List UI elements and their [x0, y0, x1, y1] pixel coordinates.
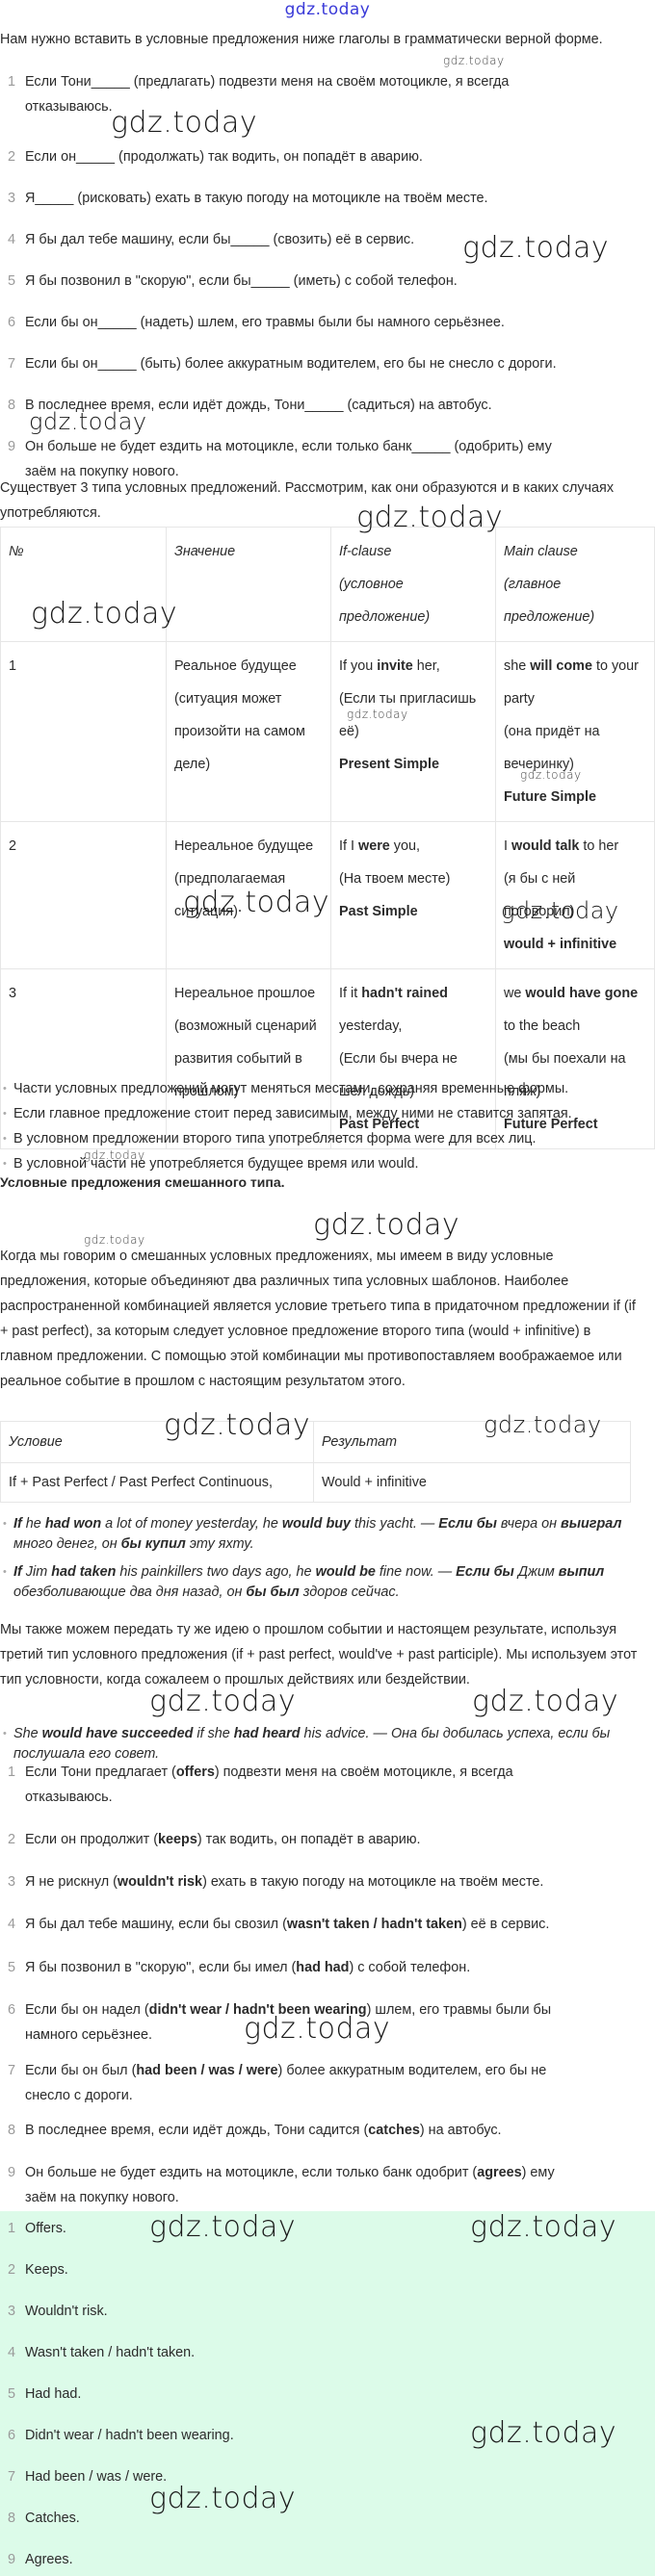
mixed-examples-list: If he had won a lot of money yesterday, … — [0, 1514, 650, 1610]
solution-item: 8В последнее время, если идёт дождь, Тон… — [8, 2118, 643, 2143]
solution-item: 3Я не рискнул (wouldn't risk) ехать в та… — [8, 1869, 643, 1894]
cell-main-clause: I would talk to her(я бы с ней поговорил… — [496, 822, 655, 969]
mixed-heading: Условные предложения смешанного типа. — [0, 1174, 285, 1190]
rule-item: В условном предложении второго типа упот… — [0, 1126, 650, 1151]
table-row: If + Past Perfect / Past Perfect Continu… — [1, 1463, 631, 1503]
answer-text: Wouldn't risk. — [25, 2304, 108, 2319]
example-text: this yacht. — — [351, 1516, 438, 1532]
table-header-row: № Значение If-clause (условное предложен… — [1, 528, 655, 642]
list-item: 1Если Тони_____ (предлагать) подвезти ме… — [8, 69, 643, 119]
solution-item: 4Я бы дал тебе машину, если бы свозил (w… — [8, 1912, 643, 1937]
example-bold: If — [13, 1564, 22, 1580]
item-number: 7 — [8, 351, 21, 376]
list-item: 3Я_____ (рисковать) ехать в такую погоду… — [8, 186, 643, 211]
item-number: 3 — [8, 2302, 21, 2321]
answer-item: 6Didn't wear / hadn't been wearing. — [8, 2426, 234, 2445]
example-bold: If — [13, 1516, 22, 1532]
example-bold: выпил — [559, 1564, 605, 1580]
types-intro-text: Существует 3 типа условных предложений. … — [0, 476, 647, 526]
solution-text-continued: отказываюсь. — [8, 1785, 643, 1810]
if-example: If you invite her, — [339, 650, 487, 683]
solution-answer: catches — [368, 2123, 420, 2138]
solution-answer: didn't wear / hadn't been wearing — [149, 2002, 367, 2018]
mixed-paragraph: Когда мы говорим о смешанных условных пр… — [0, 1244, 647, 1394]
solution-text: Если бы он был ( — [25, 2063, 136, 2078]
example-bold: Если бы — [438, 1516, 497, 1532]
if-verb: invite — [377, 658, 413, 674]
answer-text: Had been / was / were. — [25, 2469, 167, 2485]
item-text: В последнее время, если идёт дождь, Тони… — [25, 398, 492, 413]
solution-answer: wasn't taken / hadn't taken — [287, 1917, 462, 1932]
mixed-table-header-row: Условие Результат — [1, 1422, 631, 1463]
cell-if-clause: If I were you,(На твоем месте)Past Simpl… — [331, 822, 496, 969]
table-row: 1Реальное будущее(ситуация может произой… — [1, 642, 655, 822]
example-text: She — [13, 1726, 42, 1741]
meaning-line: Нереальное будущее — [174, 830, 323, 863]
answer-text: Wasn't taken / hadn't taken. — [25, 2345, 195, 2360]
solution-text: В последнее время, если идёт дождь, Тони… — [25, 2123, 368, 2138]
answer-item: 9Agrees. — [8, 2550, 73, 2569]
solution-item: 2Если он продолжит (keeps) так водить, о… — [8, 1827, 643, 1852]
item-number: 3 — [8, 186, 21, 211]
solution-text-continued: снесло с дороги. — [8, 2083, 643, 2108]
if-tense: Past Simple — [339, 895, 487, 928]
solution-text: ) шлем, его травмы были бы — [367, 2002, 551, 2018]
list-item: 8В последнее время, если идёт дождь, Тон… — [8, 393, 643, 418]
answer-text: Keeps. — [25, 2262, 68, 2278]
solution-item: 6Если бы он надел (didn't wear / hadn't … — [8, 1997, 643, 2048]
table-row: 2Нереальное будущее(предполагаемая ситуа… — [1, 822, 655, 969]
example-item: If he had won a lot of money yesterday, … — [0, 1514, 650, 1555]
answer-item: 1Offers. — [8, 2219, 66, 2238]
solution-text: Я бы дал тебе машину, если бы свозил ( — [25, 1917, 287, 1932]
header-main-clause-title: Main clause — [504, 535, 646, 568]
example-bold: Если бы — [456, 1564, 514, 1580]
if-example: If I were you, — [339, 830, 487, 863]
example-text: his painkillers two days ago, he — [116, 1564, 315, 1580]
solution-answer: had been / was / were — [136, 2063, 277, 2078]
item-text-continued: отказываюсь. — [8, 94, 643, 119]
mixed-table: Условие Результат If + Past Perfect / Pa… — [0, 1421, 631, 1503]
main-tense: Future Simple — [504, 781, 646, 813]
if-example: If it hadn't rained yesterday, — [339, 977, 487, 1043]
list-item: 2Если он_____ (продолжать) так водить, о… — [8, 144, 643, 169]
item-number: 6 — [8, 310, 21, 335]
example-text: Джим — [514, 1564, 559, 1580]
example-text: эту яхту. — [186, 1536, 254, 1552]
answer-item: 7Had been / was / were. — [8, 2467, 167, 2486]
item-text: Он больше не будет ездить на мотоцикле, … — [25, 439, 552, 454]
answer-text: Agrees. — [25, 2552, 73, 2567]
item-number: 3 — [8, 1869, 21, 1894]
header-if-clause-sub1: (условное — [339, 568, 487, 601]
header-if-clause-title: If-clause — [339, 535, 487, 568]
item-number: 1 — [8, 69, 21, 94]
answer-text: Catches. — [25, 2511, 80, 2526]
example-text: вчера он — [497, 1516, 561, 1532]
item-number: 6 — [8, 2426, 21, 2445]
solution-text: ) подвезти меня на своём мотоцикле, я вс… — [215, 1765, 513, 1780]
example-bold: бы был — [246, 1584, 299, 1600]
main-verb: will come — [530, 658, 592, 674]
solution-item: 1Если Тони предлагает (offers) подвезти … — [8, 1760, 643, 1810]
answer-item: 8Catches. — [8, 2509, 80, 2528]
item-number: 5 — [8, 2384, 21, 2404]
solution-text: Он больше не будет ездить на мотоцикле, … — [25, 2165, 477, 2180]
item-number: 4 — [8, 1912, 21, 1937]
solution-text: ) ему — [522, 2165, 555, 2180]
header-main-clause-sub1: (главное — [504, 568, 646, 601]
answer-item: 2Keeps. — [8, 2260, 68, 2280]
example-item: If Jim had taken his painkillers two day… — [0, 1562, 650, 1603]
solution-text: ) более аккуратным водителем, его бы не — [278, 2063, 547, 2078]
item-number: 5 — [8, 269, 21, 294]
item-number: 9 — [8, 434, 21, 459]
item-number: 2 — [8, 144, 21, 169]
rule-item: Если главное предложение стоит перед зав… — [0, 1101, 650, 1126]
example-bold: would be — [316, 1564, 376, 1580]
example-bold: бы купил — [121, 1536, 186, 1552]
solution-text: ) на автобус. — [420, 2123, 502, 2138]
solution-text-continued: заём на покупку нового. — [8, 2185, 643, 2210]
answers-block: 1Offers.2Keeps.3Wouldn't risk.4Wasn't ta… — [0, 2211, 655, 2576]
intro-text: Нам нужно вставить в условные предложени… — [0, 27, 647, 52]
meaning-line: Нереальное прошлое — [174, 977, 323, 1010]
cell-num: 1 — [1, 642, 167, 822]
example-text: Jim — [22, 1564, 51, 1580]
example-bold: would have succeeded — [42, 1726, 194, 1741]
item-number: 9 — [8, 2550, 21, 2569]
main-verb: would talk — [511, 838, 579, 854]
mixed-header-condition: Условие — [1, 1422, 314, 1463]
header-meaning: Значение — [167, 528, 331, 642]
header-if-clause-sub2: предложение) — [339, 601, 487, 633]
header-num: № — [1, 528, 167, 642]
rules-list: Части условных предложений могут менятьс… — [0, 1076, 650, 1176]
solution-text: Если Тони предлагает ( — [25, 1765, 176, 1780]
header-main-clause-sub2: предложение) — [504, 601, 646, 633]
solution-answer: had had — [296, 1960, 349, 1975]
cell-if-clause: If you invite her,(Если ты пригласишь её… — [331, 642, 496, 822]
rule-item: Части условных предложений могут менятьс… — [0, 1076, 650, 1101]
item-text: Я_____ (рисковать) ехать в такую погоду … — [25, 191, 488, 206]
example-text: здоров сейчас. — [300, 1584, 400, 1600]
main-example: she will come to your party — [504, 650, 646, 715]
cell-main-clause: she will come to your party(она придёт н… — [496, 642, 655, 822]
solution-item: 7Если бы он был (had been / was / were) … — [8, 2058, 643, 2108]
item-number: 1 — [8, 1760, 21, 1785]
item-number: 5 — [8, 1955, 21, 1980]
solution-text: Я не рискнул ( — [25, 1874, 118, 1890]
item-number: 9 — [8, 2160, 21, 2185]
list-item: 6Если бы он_____ (надеть) шлем, его трав… — [8, 310, 643, 335]
item-text: Если Тони_____ (предлагать) подвезти мен… — [25, 74, 509, 90]
if-tense: Present Simple — [339, 748, 487, 781]
if-translation: (Если ты пригласишь её) — [339, 683, 487, 748]
rule-item: В условной части не употребляется будуще… — [0, 1151, 650, 1176]
answer-text: Had had. — [25, 2386, 81, 2402]
item-number: 2 — [8, 2260, 21, 2280]
main-verb: would have gone — [525, 986, 638, 1001]
main-example: we would have gone to the beach — [504, 977, 646, 1043]
solution-text: Если он продолжит ( — [25, 1832, 158, 1847]
item-number: 8 — [8, 393, 21, 418]
main-translation: (я бы с ней поговорил) — [504, 863, 646, 928]
example-bold: had heard — [234, 1726, 301, 1741]
main-example: I would talk to her — [504, 830, 646, 863]
item-number: 1 — [8, 2219, 21, 2238]
item-number: 8 — [8, 2509, 21, 2528]
answer-text: Offers. — [25, 2221, 66, 2236]
example-text: if she — [193, 1726, 233, 1741]
solution-text: Я бы позвонил в "скорую", если бы имел ( — [25, 1960, 296, 1975]
mixed-cell-condition: If + Past Perfect / Past Perfect Continu… — [1, 1463, 314, 1503]
main-translation: (она придёт на вечеринку) — [504, 715, 646, 781]
watermark: gdz.today — [313, 1208, 459, 1242]
example-bold: would buy — [282, 1516, 351, 1532]
cell-meaning: Нереальное будущее(предполагаемая ситуац… — [167, 822, 331, 969]
solution-text: Если бы он надел ( — [25, 2002, 149, 2018]
item-number: 4 — [8, 227, 21, 252]
conditionals-table: № Значение If-clause (условное предложен… — [0, 527, 655, 1149]
main-tense: would + infinitive — [504, 928, 646, 961]
item-number: 4 — [8, 2343, 21, 2362]
example-text: fine now. — — [376, 1564, 456, 1580]
cell-num: 2 — [1, 822, 167, 969]
solution-answer: keeps — [158, 1832, 197, 1847]
if-verb: hadn't rained — [361, 986, 448, 1001]
solution-item: 9Он больше не будет ездить на мотоцикле,… — [8, 2160, 643, 2210]
example-text: обезболивающие два дня назад, он — [13, 1584, 246, 1600]
solution-text: ) так водить, он попадёт в аварию. — [197, 1832, 421, 1847]
solution-text: ) ехать в такую погоду на мотоцикле на т… — [202, 1874, 543, 1890]
list-item: 4Я бы дал тебе машину, если бы_____ (сво… — [8, 227, 643, 252]
answer-item: 3Wouldn't risk. — [8, 2302, 108, 2321]
example-bold: had taken — [51, 1564, 116, 1580]
item-text: Если бы он_____ (надеть) шлем, его травм… — [25, 315, 505, 330]
example-text: a lot of money yesterday, he — [101, 1516, 282, 1532]
item-number: 7 — [8, 2058, 21, 2083]
item-text: Я бы дал тебе машину, если бы_____ (своз… — [25, 232, 414, 247]
example-bold: had won — [45, 1516, 101, 1532]
answer-text: Didn't wear / hadn't been wearing. — [25, 2428, 234, 2443]
item-number: 7 — [8, 2467, 21, 2486]
site-logo[interactable]: gdz.today — [0, 0, 655, 19]
list-item: 5Я бы позвонил в "скорую", если бы_____ … — [8, 269, 643, 294]
solution-answer: offers — [176, 1765, 215, 1780]
example-text: he — [22, 1516, 45, 1532]
header-if-clause: If-clause (условное предложение) — [331, 528, 496, 642]
meaning-line: (ситуация может произойти на самом деле) — [174, 683, 323, 781]
header-main-clause: Main clause (главное предложение) — [496, 528, 655, 642]
conditionals-table-body: 1Реальное будущее(ситуация может произой… — [1, 642, 655, 1149]
meaning-line: Реальное будущее — [174, 650, 323, 683]
item-number: 6 — [8, 1997, 21, 2022]
meaning-line: (предполагаемая ситуация) — [174, 863, 323, 928]
list-item: 7Если бы он_____ (быть) более аккуратным… — [8, 351, 643, 376]
answer-item: 4Wasn't taken / hadn't taken. — [8, 2343, 195, 2362]
answer-item: 5Had had. — [8, 2384, 81, 2404]
example-item: She would have succeeded if she had hear… — [0, 1724, 650, 1765]
solution-text-continued: намного серьёзнее. — [8, 2022, 643, 2048]
mixed-header-result: Результат — [314, 1422, 631, 1463]
item-number: 2 — [8, 1827, 21, 1852]
solution-text: ) её в сервис. — [462, 1917, 550, 1932]
mixed-cell-result: Would + infinitive — [314, 1463, 631, 1503]
solution-answer: wouldn't risk — [118, 1874, 202, 1890]
solution-answer: agrees — [477, 2165, 521, 2180]
solution-text: ) с собой телефон. — [349, 1960, 470, 1975]
example-text: много денег, он — [13, 1536, 121, 1552]
watermark: gdz.today — [443, 54, 505, 67]
if-translation: (На твоем месте) — [339, 863, 487, 895]
solution-item: 5Я бы позвонил в "скорую", если бы имел … — [8, 1955, 643, 1980]
if-verb: were — [358, 838, 390, 854]
item-number: 8 — [8, 2118, 21, 2143]
item-text: Я бы позвонил в "скорую", если бы_____ (… — [25, 273, 458, 289]
third-paragraph: Мы также можем передать ту же идею о про… — [0, 1617, 647, 1692]
cell-meaning: Реальное будущее(ситуация может произойт… — [167, 642, 331, 822]
item-text: Если бы он_____ (быть) более аккуратным … — [25, 356, 557, 372]
item-text: Если он_____ (продолжать) так водить, он… — [25, 149, 423, 165]
example-bold: выиграл — [561, 1516, 621, 1532]
